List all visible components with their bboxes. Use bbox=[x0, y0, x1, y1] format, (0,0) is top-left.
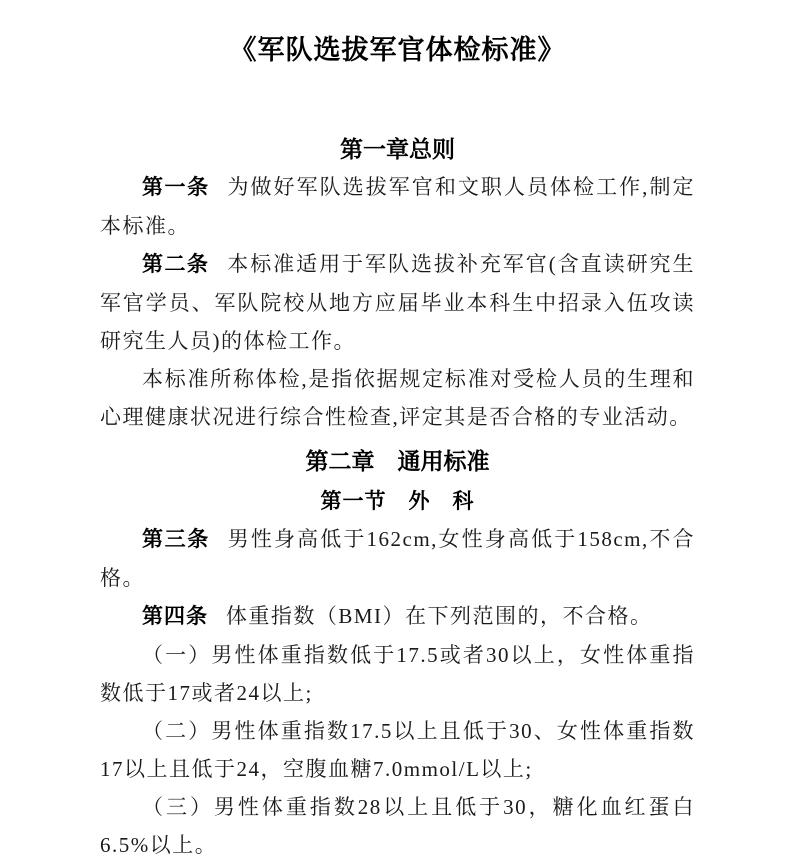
article-1-paragraph: 第一条为做好军队选拔军官和文职人员体检工作,制定本标准。 bbox=[100, 168, 695, 245]
article-3-label: 第三条 bbox=[142, 528, 210, 551]
article-2-label: 第二条 bbox=[142, 253, 209, 276]
article-2-paragraph: 第二条本标准适用于军队选拔补充军官(含直读研究生军官学员、军队院校从地方应届毕业… bbox=[100, 245, 695, 360]
item-1-text: （一）男性体重指数低于17.5或者30以上，女性体重指数低于17或者24以上; bbox=[100, 643, 695, 705]
item-3-paragraph: （三）男性体重指数28以上且低于30，糖化血红蛋白6.5%以上。 bbox=[100, 788, 695, 862]
chapter-1-heading: 第一章总则 bbox=[100, 130, 695, 168]
item-3-text: （三）男性体重指数28以上且低于30，糖化血红蛋白6.5%以上。 bbox=[100, 795, 695, 857]
item-1-paragraph: （一）男性体重指数低于17.5或者30以上，女性体重指数低于17或者24以上; bbox=[100, 636, 695, 712]
document-title: 《军队选拔军官体检标准》 bbox=[100, 30, 695, 66]
definition-text: 本标准所称体检,是指依据规定标准对受检人员的生理和心理健康状况进行综合性检查,评… bbox=[100, 367, 695, 429]
article-3-paragraph: 第三条男性身高低于162cm,女性身高低于158cm,不合格。 bbox=[100, 520, 695, 597]
definition-paragraph: 本标准所称体检,是指依据规定标准对受检人员的生理和心理健康状况进行综合性检查,评… bbox=[100, 360, 695, 436]
item-2-paragraph: （二）男性体重指数17.5以上且低于30、女性体重指数17以上且低于24，空腹血… bbox=[100, 712, 695, 788]
document-page: 《军队选拔军官体检标准》 第一章总则 第一条为做好军队选拔军官和文职人员体检工作… bbox=[0, 0, 799, 862]
article-1-label: 第一条 bbox=[142, 176, 210, 199]
section-1-heading: 第一节 外 科 bbox=[100, 482, 695, 520]
chapter-2-heading: 第二章 通用标准 bbox=[100, 442, 695, 480]
item-2-text: （二）男性体重指数17.5以上且低于30、女性体重指数17以上且低于24，空腹血… bbox=[100, 719, 695, 781]
article-4-label: 第四条 bbox=[142, 605, 208, 628]
article-4-text: 体重指数（BMI）在下列范围的，不合格。 bbox=[226, 604, 653, 628]
article-4-paragraph: 第四条体重指数（BMI）在下列范围的，不合格。 bbox=[100, 597, 695, 636]
